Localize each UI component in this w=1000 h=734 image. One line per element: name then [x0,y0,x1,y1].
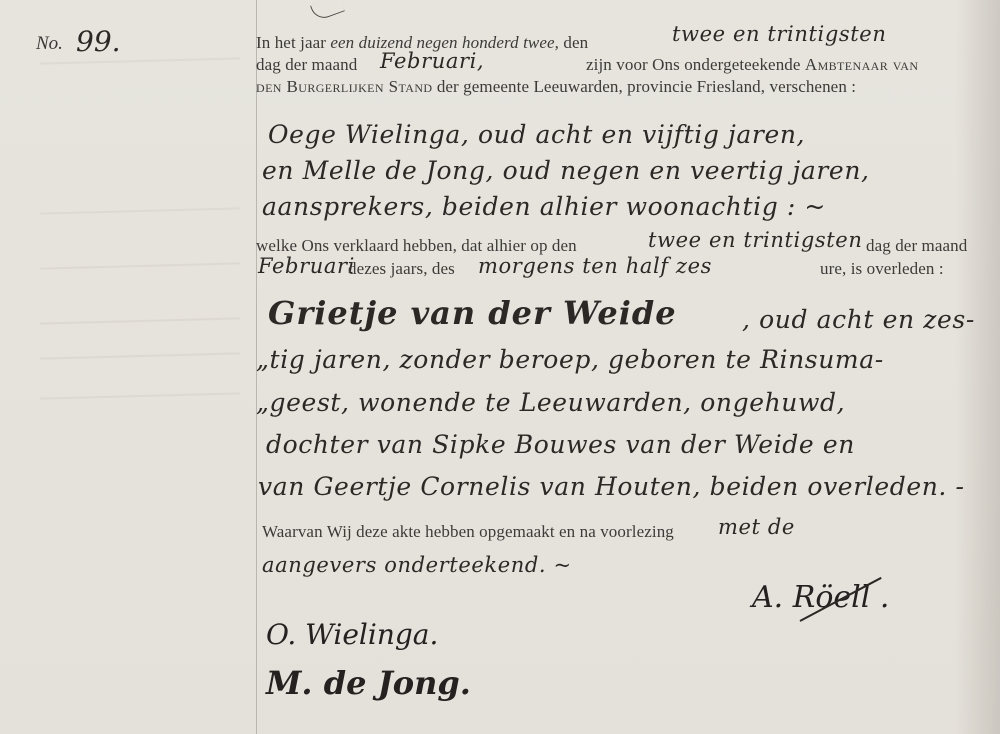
printed-text: ure, is overleden : [820,259,944,278]
certificate-number-value: 99. [76,25,121,58]
deceased-age: , oud acht en zes- [742,305,975,334]
certificate-number-label: No. [36,33,63,55]
declaration-line-2: dezes jaars, des [348,259,455,279]
printed-title-caps: den Burgerlijken Stand [256,77,432,96]
handwritten-time: morgens ten half zes [478,254,712,278]
deceased-line-5: van Geertje Cornelis van Houten, beiden … [258,472,965,501]
bleed-through-mark [40,207,240,214]
declarants-line-1: Oege Wielinga, oud acht en vijftig jaren… [268,120,805,149]
signature-declarant-2: M. de Jong. [266,664,471,702]
header-line-2b: zijn voor Ons ondergeteekende Ambtenaar … [586,55,918,75]
printed-text: Waarvan Wij deze akte hebben opgemaakt e… [262,522,674,541]
printed-text: der gemeente Leeuwarden, provincie Fries… [437,77,856,96]
handwritten-day: twee en trintigsten [672,22,886,46]
bleed-through-mark [40,317,240,324]
deceased-line-2: „tig jaren, zonder beroep, geboren te Ri… [256,345,884,374]
handwritten-month: Februari [258,254,355,278]
printed-text: den [563,33,588,52]
header-line-2: dag der maand [256,55,357,75]
declaration-line-1: welke Ons verklaard hebben, dat alhier o… [256,236,577,256]
handwritten-month: Februari, [380,49,484,73]
header-line-3: den Burgerlijken Stand der gemeente Leeu… [256,77,856,97]
closing-handwritten-a: met de [718,515,795,539]
deceased-line-4: dochter van Sipke Bouwes van der Weide e… [266,430,855,459]
declaration-line-1b: dag der maand [866,236,967,256]
closing-line-1: Waarvan Wij deze akte hebben opgemaakt e… [262,522,674,542]
bleed-through-mark [40,392,240,399]
declarants-line-3: aansprekers, beiden alhier woonachtig : … [262,192,826,221]
printed-title-caps: Ambtenaar van [805,55,919,74]
deceased-name: Grietje van der Weide [268,294,677,332]
declarants-line-2: en Melle de Jong, oud negen en veertig j… [262,156,870,185]
printed-text: dezes jaars, des [348,259,455,278]
deceased-line-3: „geest, wonende te Leeuwarden, ongehuwd, [256,388,845,417]
printed-text: zijn voor Ons ondergeteekende [586,55,801,74]
bleed-through-mark [40,57,240,64]
declaration-line-2b: ure, is overleden : [820,259,944,279]
signature-declarant-1: O. Wielinga. [266,618,438,651]
closing-handwritten-b: aangevers onderteekend. ~ [262,553,572,577]
printed-text: In het jaar [256,33,326,52]
printed-text: dag der maand [866,236,967,255]
bleed-through-mark [40,262,240,269]
printed-text: welke Ons verklaard hebben, dat alhier o… [256,236,577,255]
printed-text: dag der maand [256,55,357,74]
pen-stroke-fragment [310,0,345,22]
bleed-through-mark [40,352,240,359]
document-page: No. 99. In het jaar een duizend negen ho… [0,0,1000,734]
handwritten-day: twee en trintigsten [648,228,862,252]
